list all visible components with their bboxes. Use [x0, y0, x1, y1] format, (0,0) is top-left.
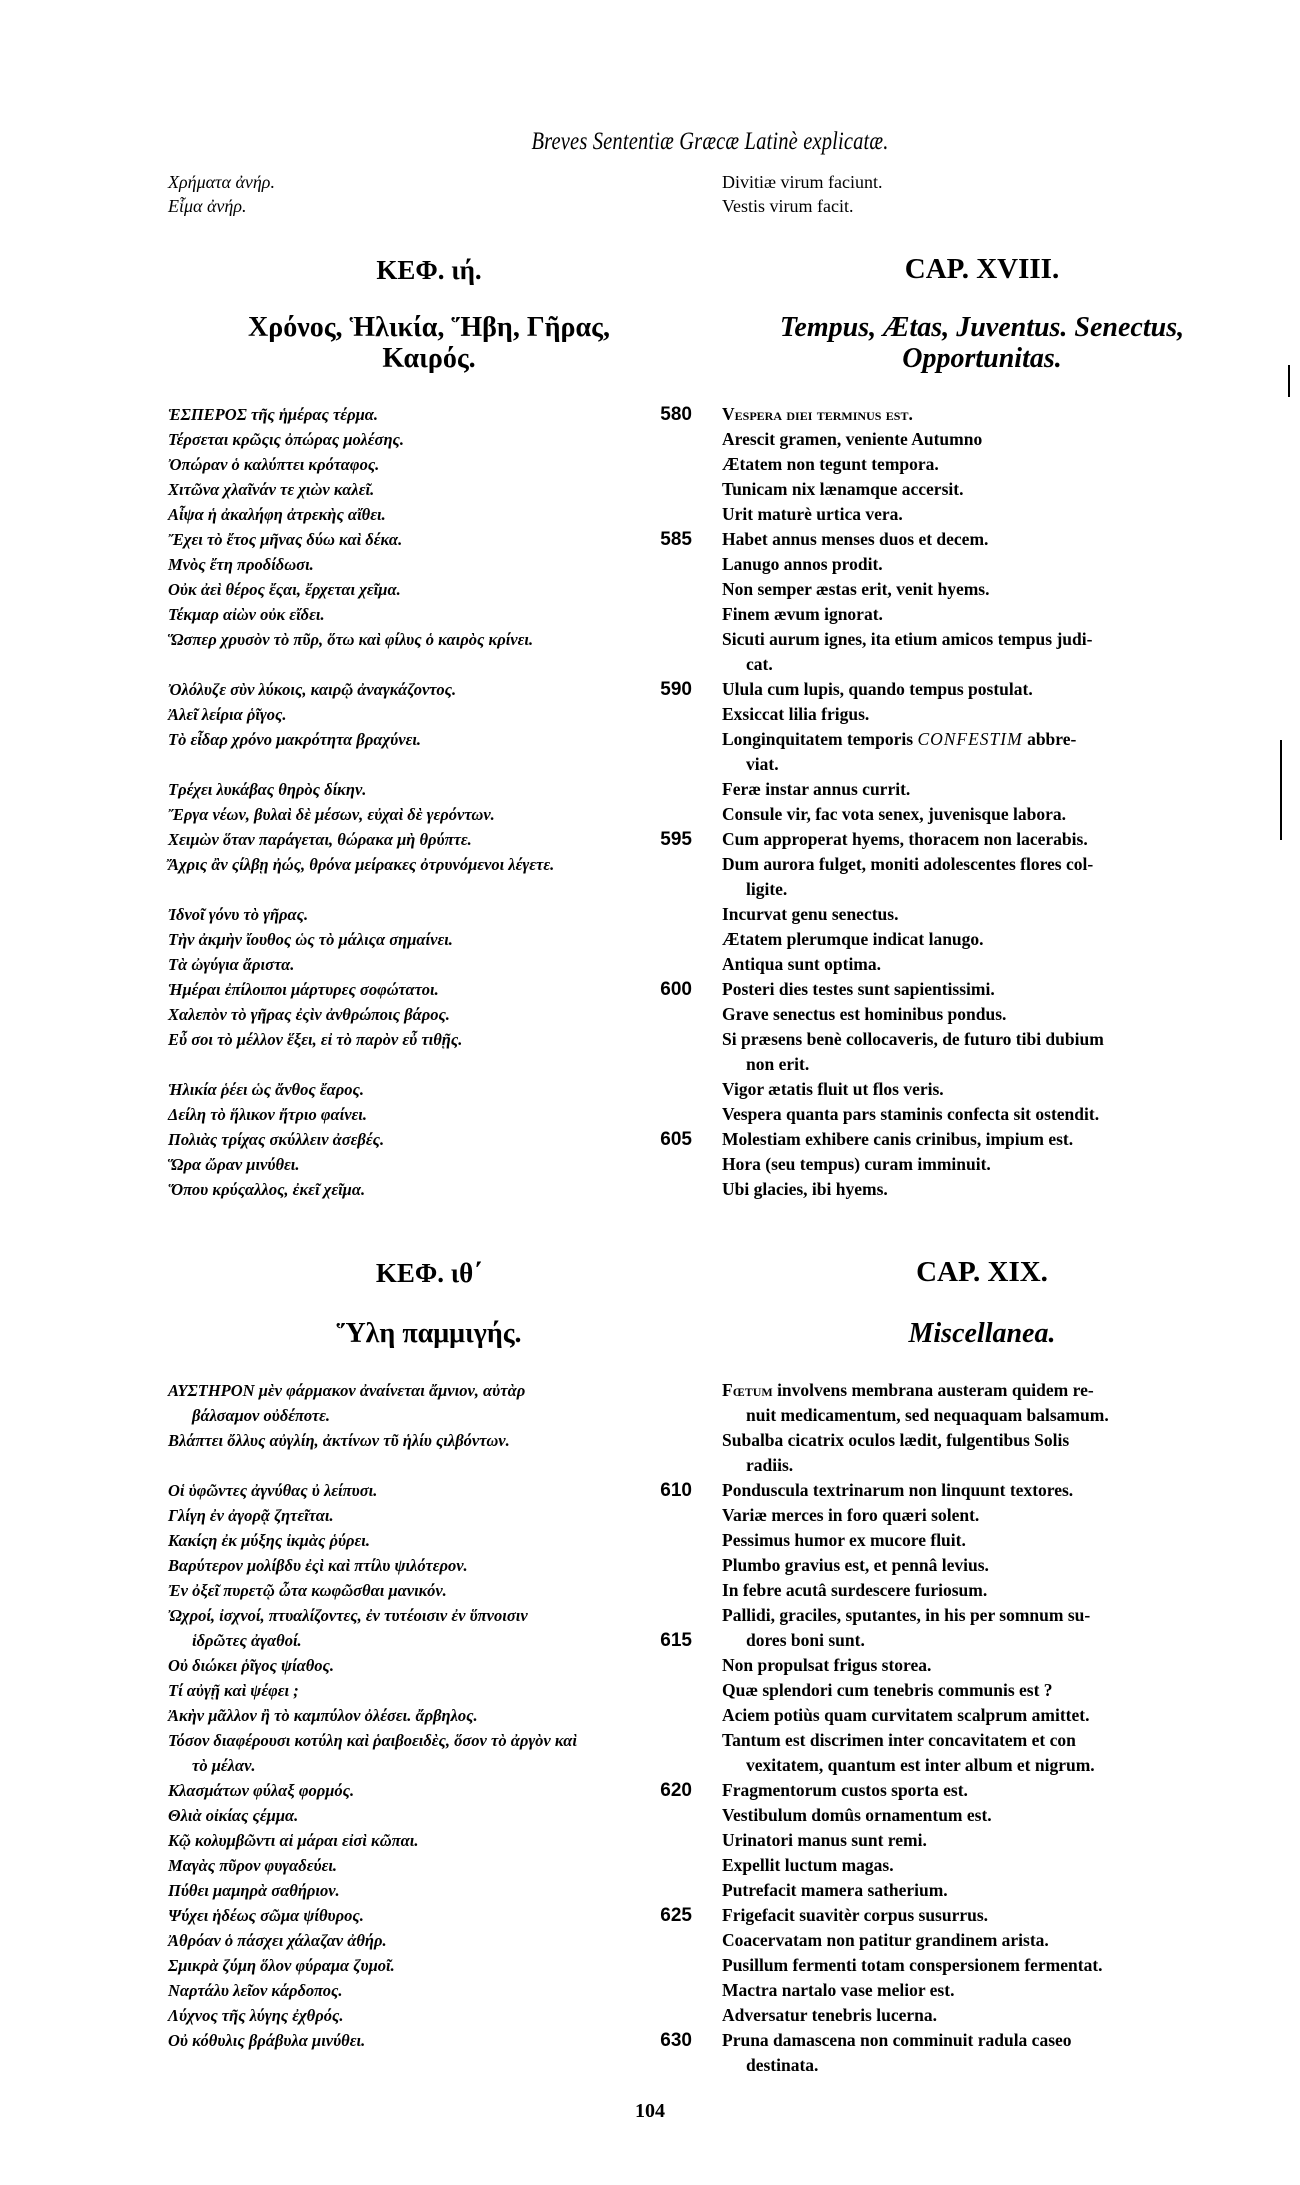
- greek-line: Κακίςη ἐκ μύξης ἰκμὰς ῥύρει.: [168, 1528, 690, 1553]
- greek-line-continuation: βάλσαμον οὐδέποτε.: [168, 1403, 714, 1428]
- latin-line: Hora (seu tempus) curam imminuit.: [722, 1152, 1242, 1177]
- latin-line: Ætatem plerumque indicat lanugo.: [722, 927, 1242, 952]
- latin-line-text: Vespera diei terminus est.: [722, 404, 913, 424]
- greek-line: Τέρσεται κρῶςις ὀπώρας μολέσης.: [168, 427, 690, 452]
- latin-line-continuation: radiis.: [722, 1453, 1266, 1478]
- line-number: 620: [620, 1778, 692, 1803]
- latin-line: Molestiam exhibere canis crinibus, impiu…: [722, 1127, 1242, 1152]
- greek-line: Ὀπώραν ὁ καλύπτει κρόταφος.: [168, 452, 690, 477]
- greek-line: Ἰδνοῖ γόνυ τὸ γῆρας.: [168, 902, 690, 927]
- margin-rule: [1280, 740, 1282, 840]
- latin-line-continuation: vexitatem, quantum est inter album et ni…: [722, 1753, 1266, 1778]
- latin-line-continuation: ligite.: [722, 877, 1266, 902]
- title-line: Tempus, Ætas, Juventus. Senectus,: [722, 312, 1242, 343]
- latin-line: Exsiccat lilia frigus.: [722, 702, 1242, 727]
- greek-line: Ναρτάλυ λεῖον κάρδοπος.: [168, 1978, 690, 2003]
- latin-line: Pusillum fermenti totam conspersionem fe…: [722, 1953, 1242, 1978]
- greek-line: Οὐκ ἀεὶ θέρος ἔςαι, ἔρχεται χεῖμα.: [168, 577, 690, 602]
- latin-line: Ponduscula textrinarum non linquunt text…: [722, 1478, 1242, 1503]
- greek-line: ἙΣΠΕΡΟΣ τῆς ἡμέρας τέρμα.: [168, 402, 690, 427]
- greek-line-continuation: τὸ μέλαν.: [168, 1753, 714, 1778]
- greek-line: Τὸ εἶδαρ χρόνο μακρότητα βραχύνει.: [168, 727, 690, 752]
- greek-line: Χαλεπὸν τὸ γῆρας ἐςὶν ἀνθρώποις βάρος.: [168, 1002, 690, 1027]
- latin-line-emphasis: CONFESTIM: [917, 729, 1022, 749]
- running-head: Breves Sententiæ Græcæ Latinè explicatæ.: [472, 128, 948, 156]
- latin-line-continuation: dores boni sunt.: [722, 1628, 1266, 1653]
- motto-greek-line: Χρήματα ἀνήρ.: [168, 170, 275, 194]
- motto-greek-line: Εἷμα ἀνήρ.: [168, 194, 275, 218]
- latin-line: Urit maturè urtica vera.: [722, 502, 1242, 527]
- latin-line: Tantum est discrimen inter concavitatem …: [722, 1728, 1242, 1753]
- line-number: 580: [620, 402, 692, 427]
- motto-latin: Divitiæ virum faciunt. Vestis virum faci…: [722, 170, 882, 218]
- latin-line-continuation: cat.: [722, 652, 1266, 677]
- latin-line: Frigefacit suavitèr corpus susurrus.: [722, 1903, 1242, 1928]
- chapter-18-greek-heading: ΚΕΦ. ιή.: [168, 255, 690, 286]
- latin-line: Coacervatam non patitur grandinem arista…: [722, 1928, 1242, 1953]
- greek-line: Χιτῶνα χλαῖνάν τε χιὼν καλεῖ.: [168, 477, 690, 502]
- line-number: 590: [620, 677, 692, 702]
- greek-line: Τὴν ἀκμὴν ἴουθος ὡς τὸ μάλιςα σημαίνει.: [168, 927, 690, 952]
- greek-line: Βαρύτερον μολίβδυ ἐςὶ καὶ πτίλυ ψιλότερο…: [168, 1553, 690, 1578]
- latin-line: Cum approperat hyems, thoracem non lacer…: [722, 827, 1242, 852]
- greek-line: Χειμὼν ὅταν παράγεται, θώρακα μὴ θρύπτε.: [168, 827, 690, 852]
- greek-line: Ὠχροί, ἰσχνοί, πτυαλίζοντες, ἐν τυτέοισι…: [168, 1603, 690, 1628]
- latin-line: Vestibulum domûs ornamentum est.: [722, 1803, 1242, 1828]
- greek-line: Ἔχει τὸ ἔτος μῆνας δύω καὶ δέκα.: [168, 527, 690, 552]
- latin-line: Quæ splendori cum tenebris communis est …: [722, 1678, 1242, 1703]
- latin-line: In febre acutâ surdescere furiosum.: [722, 1578, 1242, 1603]
- greek-line: Ἡμέραι ἐπίλοιποι μάρτυρες σοφώτατοι.: [168, 977, 690, 1002]
- latin-line: Antiqua sunt optima.: [722, 952, 1242, 977]
- line-number: 600: [620, 977, 692, 1002]
- title-line: Καιρός.: [168, 343, 690, 374]
- greek-line: Πολιὰς τρίχας σκύλλειν ἀσεβές.: [168, 1127, 690, 1152]
- chapter-18-latin-title: Tempus, Ætas, Juventus. Senectus, Opport…: [722, 312, 1242, 374]
- motto-latin-line: Vestis virum facit.: [722, 194, 882, 218]
- chapter-19-latin-heading: CAP. XIX.: [722, 1256, 1242, 1289]
- latin-line: Fœtum involvens membrana austeram quidem…: [722, 1378, 1242, 1403]
- latin-line: Expellit luctum magas.: [722, 1853, 1242, 1878]
- page-number: 104: [0, 2100, 1300, 2123]
- latin-line: Subalba cicatrix oculos lædit, fulgentib…: [722, 1428, 1242, 1453]
- latin-line: Tunicam nix lænamque accersit.: [722, 477, 1242, 502]
- latin-line: Posteri dies testes sunt sapientissimi.: [722, 977, 1242, 1002]
- latin-line: Non semper æstas erit, venit hyems.: [722, 577, 1242, 602]
- greek-line: Ὅπου κρύςαλλος, ἐκεῖ χεῖμα.: [168, 1177, 690, 1202]
- greek-line: Λύχνος τῆς λύγης ἐχθρός.: [168, 2003, 690, 2028]
- greek-line: Τόσον διαφέρουσι κοτύλη καὶ ῥαιβοειδὲς, …: [168, 1728, 690, 1753]
- greek-line: Ὀλόλυζε σὺν λύκοις, καιρῷ ἀναγκάζοντος.: [168, 677, 690, 702]
- chapter-18-greek-title: Χρόνος, Ἡλικία, Ἥβη, Γῆρας, Καιρός.: [168, 312, 690, 374]
- latin-line: Putrefacit mamera satherium.: [722, 1878, 1242, 1903]
- latin-line: Consule vir, fac vota senex, juvenisque …: [722, 802, 1242, 827]
- latin-line: Adversatur tenebris lucerna.: [722, 2003, 1242, 2028]
- latin-line-continuation: viat.: [722, 752, 1266, 777]
- greek-line: ΑΥΣΤΗΡΟΝ μὲν φάρμακον ἀναίνεται ἄμνιον, …: [168, 1378, 690, 1403]
- latin-line: Mactra nartalo vase melior est.: [722, 1978, 1242, 2003]
- latin-line-continuation: non erit.: [722, 1052, 1266, 1077]
- latin-line: Feræ instar annus currit.: [722, 777, 1242, 802]
- greek-line: Οὐ διώκει ῥῖγος ψίαθος.: [168, 1653, 690, 1678]
- latin-line: Arescit gramen, veniente Autumno: [722, 427, 1242, 452]
- latin-line: Si præsens benè collocaveris, de futuro …: [722, 1027, 1242, 1052]
- greek-line: Μνὸς ἔτη προδίδωσι.: [168, 552, 690, 577]
- latin-line: Pallidi, graciles, sputantes, in his per…: [722, 1603, 1242, 1628]
- greek-line: Κλασμάτων φύλαξ φορμός.: [168, 1778, 690, 1803]
- greek-line: Οὐ κόθυλις βράβυλα μινύθει.: [168, 2028, 690, 2053]
- greek-line: Τέκμαρ αἰὼν οὐκ εἴδει.: [168, 602, 690, 627]
- line-number: 595: [620, 827, 692, 852]
- latin-line: Finem ævum ignorat.: [722, 602, 1242, 627]
- latin-line: Urinatori manus sunt remi.: [722, 1828, 1242, 1853]
- latin-line: Lanugo annos prodit.: [722, 552, 1242, 577]
- latin-line: Non propulsat frigus storea.: [722, 1653, 1242, 1678]
- greek-line: Ἔργα νέων, βυλαὶ δὲ μέσων, εὐχαὶ δὲ γερό…: [168, 802, 690, 827]
- greek-line: Ὥρα ὤραν μινύθει.: [168, 1152, 690, 1177]
- line-number: 625: [620, 1903, 692, 1928]
- latin-line: Grave senectus est hominibus pondus.: [722, 1002, 1242, 1027]
- greek-line: Τὰ ὠγύγια ἄριστα.: [168, 952, 690, 977]
- latin-line-text: Longinquitatem temporis: [722, 729, 913, 749]
- chapter-19-greek-heading: ΚΕΦ. ιθ΄: [168, 1258, 690, 1289]
- latin-line: Aciem potiùs quam curvitatem scalprum am…: [722, 1703, 1242, 1728]
- latin-line: Habet annus menses duos et decem.: [722, 527, 1242, 552]
- greek-line: Μαγὰς πῦρον φυγαδεύει.: [168, 1853, 690, 1878]
- latin-line: Ætatem non tegunt tempora.: [722, 452, 1242, 477]
- latin-line: Pruna damascena non comminuit radula cas…: [722, 2028, 1242, 2053]
- chapter-18-latin-heading: CAP. XVIII.: [722, 253, 1242, 286]
- latin-line-continuation: nuit medicamentum, sed nequaquam balsamu…: [722, 1403, 1266, 1428]
- latin-line-text: involvens membrana austeram quidem re-: [777, 1380, 1094, 1400]
- line-number: 605: [620, 1127, 692, 1152]
- greek-line: Αἶψα ἡ ἀκαλήφη ἀτρεκὴς αἴθει.: [168, 502, 690, 527]
- latin-line: Variæ merces in foro quæri solent.: [722, 1503, 1242, 1528]
- latin-line: Dum aurora fulget, moniti adolescentes f…: [722, 852, 1242, 877]
- greek-line: Ἀκὴν μᾶλλον ἢ τὸ καμπύλον ὀλέσει. ἄρβηλο…: [168, 1703, 690, 1728]
- title-line: Opportunitas.: [722, 343, 1242, 374]
- greek-line: Εὖ σοι τὸ μέλλον ἕξει, εἰ τὸ παρὸν εὖ τι…: [168, 1027, 690, 1052]
- title-line: Χρόνος, Ἡλικία, Ἥβη, Γῆρας,: [168, 312, 690, 343]
- latin-line: Plumbo gravius est, et pennâ levius.: [722, 1553, 1242, 1578]
- greek-line: Ὥσπερ χρυσὸν τὸ πῦρ, ὅτω καὶ φίλυς ὁ και…: [168, 627, 690, 652]
- latin-line: Vigor ætatis fluit ut flos veris.: [722, 1077, 1242, 1102]
- greek-line: Τί αὐγῇ καὶ ψέφει ;: [168, 1678, 690, 1703]
- greek-line: Κῷ κολυμβῶντι αἱ μάραι εἰσὶ κῶπαι.: [168, 1828, 690, 1853]
- line-number: 585: [620, 527, 692, 552]
- latin-line: Incurvat genu senectus.: [722, 902, 1242, 927]
- latin-line: Longinquitatem temporis CONFESTIM abbre-: [722, 727, 1242, 752]
- greek-line: Ἀθρόαν ὁ πάσχει χάλαζαν ἀθήρ.: [168, 1928, 690, 1953]
- greek-line: Ἄχρις ἂν ςίλβῃ ἠώς, θρόνα μείρακες ὀτρυν…: [168, 852, 690, 877]
- greek-line: Δείλη τὸ ἥλικον ἤτριο φαίνει.: [168, 1102, 690, 1127]
- greek-line: Σμικρὰ ζύμη ὅλον φύραμα ζυμοῖ.: [168, 1953, 690, 1978]
- motto-latin-line: Divitiæ virum faciunt.: [722, 170, 882, 194]
- latin-line: Vespera diei terminus est.: [722, 402, 1242, 427]
- greek-line: Οἱ ὑφῶντες ἀγνύθας ὐ λείπυσι.: [168, 1478, 690, 1503]
- latin-line: Pessimus humor ex mucore fluit.: [722, 1528, 1242, 1553]
- latin-line-small-caps: Fœtum: [722, 1380, 773, 1400]
- margin-rule: [1288, 365, 1290, 397]
- greek-line: Ἡλικία ῥέει ὡς ἄνθος ἔαρος.: [168, 1077, 690, 1102]
- latin-line: Fragmentorum custos sporta est.: [722, 1778, 1242, 1803]
- greek-line: Γλίγη ἐν ἀγορᾷ ζητεῖται.: [168, 1503, 690, 1528]
- motto-greek: Χρήματα ἀνήρ. Εἷμα ἀνήρ.: [168, 170, 275, 218]
- latin-line: Ubi glacies, ibi hyems.: [722, 1177, 1242, 1202]
- latin-line-continuation: destinata.: [722, 2053, 1266, 2078]
- chapter-19-latin-title: Miscellanea.: [722, 1318, 1242, 1349]
- latin-line: Ulula cum lupis, quando tempus postulat.: [722, 677, 1242, 702]
- chapter-19-greek-title: Ὕλη παμμιγής.: [168, 1318, 690, 1349]
- latin-line: Sicuti aurum ignes, ita etium amicos tem…: [722, 627, 1242, 652]
- latin-line: Vespera quanta pars staminis confecta si…: [722, 1102, 1242, 1127]
- greek-line: Ἐν ὀξεῖ πυρετῷ ὦτα κωφῶσθαι μανικόν.: [168, 1578, 690, 1603]
- greek-line: Πύθει μαμηρὰ σαθήριον.: [168, 1878, 690, 1903]
- greek-line: Ἀλεῖ λείρια ῥῖγος.: [168, 702, 690, 727]
- line-number: 610: [620, 1478, 692, 1503]
- line-number: 615: [620, 1628, 692, 1653]
- line-number: 630: [620, 2028, 692, 2053]
- greek-line: Ψύχει ἡδέως σῶμα ψίθυρος.: [168, 1903, 690, 1928]
- greek-line: Τρέχει λυκάβας θηρὸς δίκην.: [168, 777, 690, 802]
- greek-line: Βλάπτει ὄλλυς αὐγλίη, ἀκτίνων τῦ ἡλίυ ςι…: [168, 1428, 690, 1453]
- latin-line-text: abbre-: [1027, 729, 1076, 749]
- greek-line: Θλιὰ οἰκίας ςέμμα.: [168, 1803, 690, 1828]
